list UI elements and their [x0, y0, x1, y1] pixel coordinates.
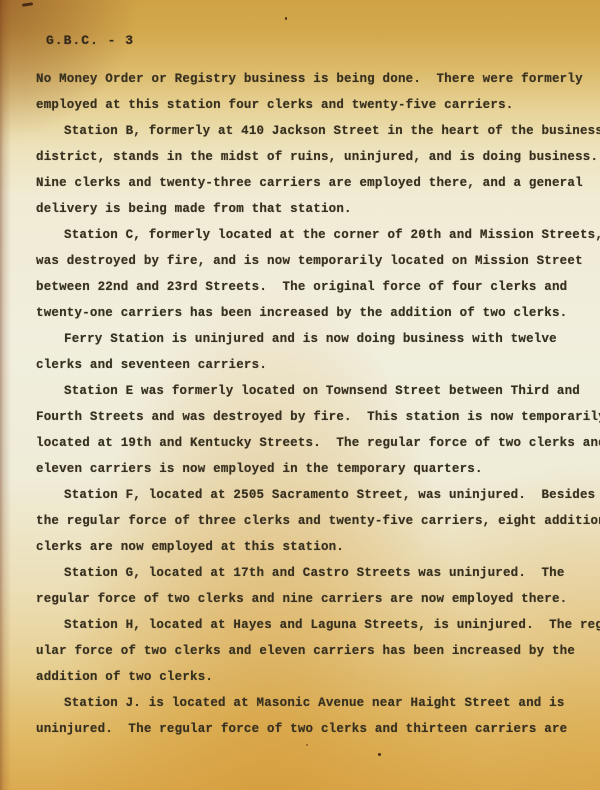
typewritten-line: the regular force of three clerks and tw…: [36, 508, 580, 534]
typewritten-line: Nine clerks and twenty-three carriers ar…: [36, 170, 580, 196]
typewritten-line: Station H, located at Hayes and Laguna S…: [36, 612, 580, 638]
typewritten-line: uninjured. The regular force of two cler…: [36, 716, 580, 742]
typewritten-line: was destroyed by fire, and is now tempor…: [36, 248, 580, 274]
typewritten-line: Station B, formerly at 410 Jackson Stree…: [36, 118, 580, 144]
typewritten-document-page: G.B.C. - 3 No Money Order or Registry bu…: [0, 0, 600, 790]
typewritten-line: Station G, located at 17th and Castro St…: [36, 560, 580, 586]
ink-speck: [285, 17, 287, 20]
typewritten-line: Station J. is located at Masonic Avenue …: [36, 690, 580, 716]
typewritten-line: twenty-one carriers has been increased b…: [36, 300, 580, 326]
typewritten-line: regular force of two clerks and nine car…: [36, 586, 580, 612]
typewritten-line: employed at this station four clerks and…: [36, 92, 580, 118]
typewritten-line: No Money Order or Registry business is b…: [36, 66, 580, 92]
page-number-label: G.B.C. - 3: [46, 33, 134, 48]
typewritten-line: Fourth Streets and was destroyed by fire…: [36, 404, 580, 430]
typewritten-line: between 22nd and 23rd Streets. The origi…: [36, 274, 580, 300]
document-body: No Money Order or Registry business is b…: [36, 66, 580, 742]
typewritten-line: delivery is being made from that station…: [36, 196, 580, 222]
typewritten-line: clerks are now employed at this station.: [36, 534, 580, 560]
typewritten-line: Station C, formerly located at the corne…: [36, 222, 580, 248]
typewritten-line: Station E was formerly located on Townse…: [36, 378, 580, 404]
typewritten-line: ular force of two clerks and eleven carr…: [36, 638, 580, 664]
typewritten-line: located at 19th and Kentucky Streets. Th…: [36, 430, 580, 456]
typewritten-line: addition of two clerks.: [36, 664, 580, 690]
typewritten-line: Ferry Station is uninjured and is now do…: [36, 326, 580, 352]
typewritten-line: eleven carriers is now employed in the t…: [36, 456, 580, 482]
ink-speck: [306, 744, 308, 746]
typewritten-line: clerks and seventeen carriers.: [36, 352, 580, 378]
typewritten-line: district, stands in the midst of ruins, …: [36, 144, 580, 170]
ink-speck: [378, 753, 381, 756]
typewritten-line: Station F, located at 2505 Sacramento St…: [36, 482, 580, 508]
ink-speck: [22, 2, 33, 7]
